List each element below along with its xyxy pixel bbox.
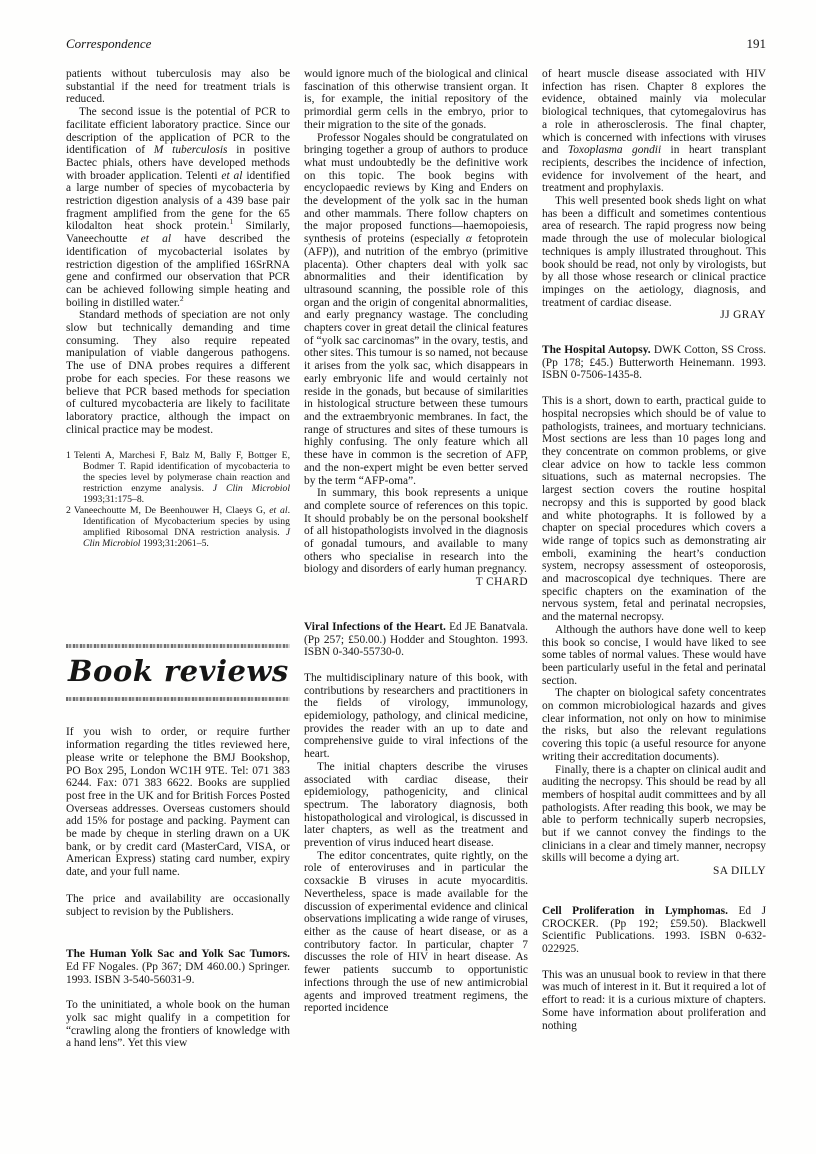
book-title: Viral Infections of the Heart. xyxy=(304,621,446,633)
book-title: The Human Yolk Sac and Yolk Sac Tumors. xyxy=(66,948,290,960)
price-note-paragraph: The price and availability are occasiona… xyxy=(66,893,290,918)
paragraph: The second issue is the potential of PCR… xyxy=(66,106,290,309)
paragraph: would ignore much of the biological and … xyxy=(304,68,528,132)
column-2: would ignore much of the biological and … xyxy=(304,68,528,1050)
reviewer-signature: JJ GRAY xyxy=(542,309,766,322)
reviewer-signature: SA DILLY xyxy=(542,865,766,878)
running-head: Correspondence 191 xyxy=(66,36,766,52)
paragraph: The initial chapters describe the viruse… xyxy=(304,761,528,850)
paragraph: The editor concentrates, quite rightly, … xyxy=(304,850,528,1015)
section-title: Book reviews xyxy=(66,648,290,697)
paragraph: The chapter on biological safety concent… xyxy=(542,687,766,763)
paragraph: patients without tuberculosis may also b… xyxy=(66,68,290,106)
paragraph: To the uninitiated, a whole book on the … xyxy=(66,999,290,1050)
reference-number: 1 xyxy=(66,450,74,461)
reference-list: 1Telenti A, Marchesi F, Balz M, Bally F,… xyxy=(66,450,290,549)
reference-item: 2Vaneechoutte M, De Beenhouwer H, Claeys… xyxy=(66,505,290,549)
bookshop-info-paragraph: If you wish to order, or require further… xyxy=(66,726,290,878)
paragraph: In summary, this book represents a uniqu… xyxy=(304,487,528,576)
reference-number: 2 xyxy=(66,505,74,516)
decorative-rule-bottom xyxy=(66,697,290,701)
column-1: patients without tuberculosis may also b… xyxy=(66,68,290,1050)
paragraph: Standard methods of speciation are not o… xyxy=(66,309,290,436)
paragraph: The multidisciplinary nature of this boo… xyxy=(304,672,528,761)
book-review-heading: Viral Infections of the Heart. Ed JE Ban… xyxy=(304,621,528,659)
paragraph: This is a short, down to earth, practica… xyxy=(542,395,766,624)
page-number: 191 xyxy=(747,36,767,52)
reference-item: 1Telenti A, Marchesi F, Balz M, Bally F,… xyxy=(66,450,290,505)
book-title: Cell Proliferation in Lymphomas. xyxy=(542,905,728,917)
reviewer-signature: T CHARD xyxy=(304,576,528,589)
paragraph: Although the authors have done well to k… xyxy=(542,624,766,688)
paragraph: Finally, there is a chapter on clinical … xyxy=(542,764,766,866)
column-3: of heart muscle disease associated with … xyxy=(542,68,766,1050)
running-title: Correspondence xyxy=(66,36,151,52)
book-review-heading: The Hospital Autopsy. DWK Cotton, SS Cro… xyxy=(542,344,766,382)
book-review-heading: The Human Yolk Sac and Yolk Sac Tumors. … xyxy=(66,948,290,986)
paragraph: This well presented book sheds light on … xyxy=(542,195,766,309)
paragraph: of heart muscle disease associated with … xyxy=(542,68,766,195)
reference-text: Vaneechoutte M, De Beenhouwer H, Claeys … xyxy=(74,505,290,549)
paragraph: This was an unusual book to review in th… xyxy=(542,969,766,1033)
book-details: Ed FF Nogales. (Pp 367; DM 460.00.) Spri… xyxy=(66,961,290,986)
journal-page: Correspondence 191 patients without tube… xyxy=(0,0,816,1154)
book-reviews-section-header: Book reviews xyxy=(66,644,290,701)
paragraph: Professor Nogales should be congratulate… xyxy=(304,132,528,488)
reference-text: Telenti A, Marchesi F, Balz M, Bally F, … xyxy=(74,450,290,505)
book-review-heading: Cell Proliferation in Lymphomas. Ed J CR… xyxy=(542,905,766,956)
book-title: The Hospital Autopsy. xyxy=(542,344,651,356)
text-columns: patients without tuberculosis may also b… xyxy=(66,68,766,1050)
